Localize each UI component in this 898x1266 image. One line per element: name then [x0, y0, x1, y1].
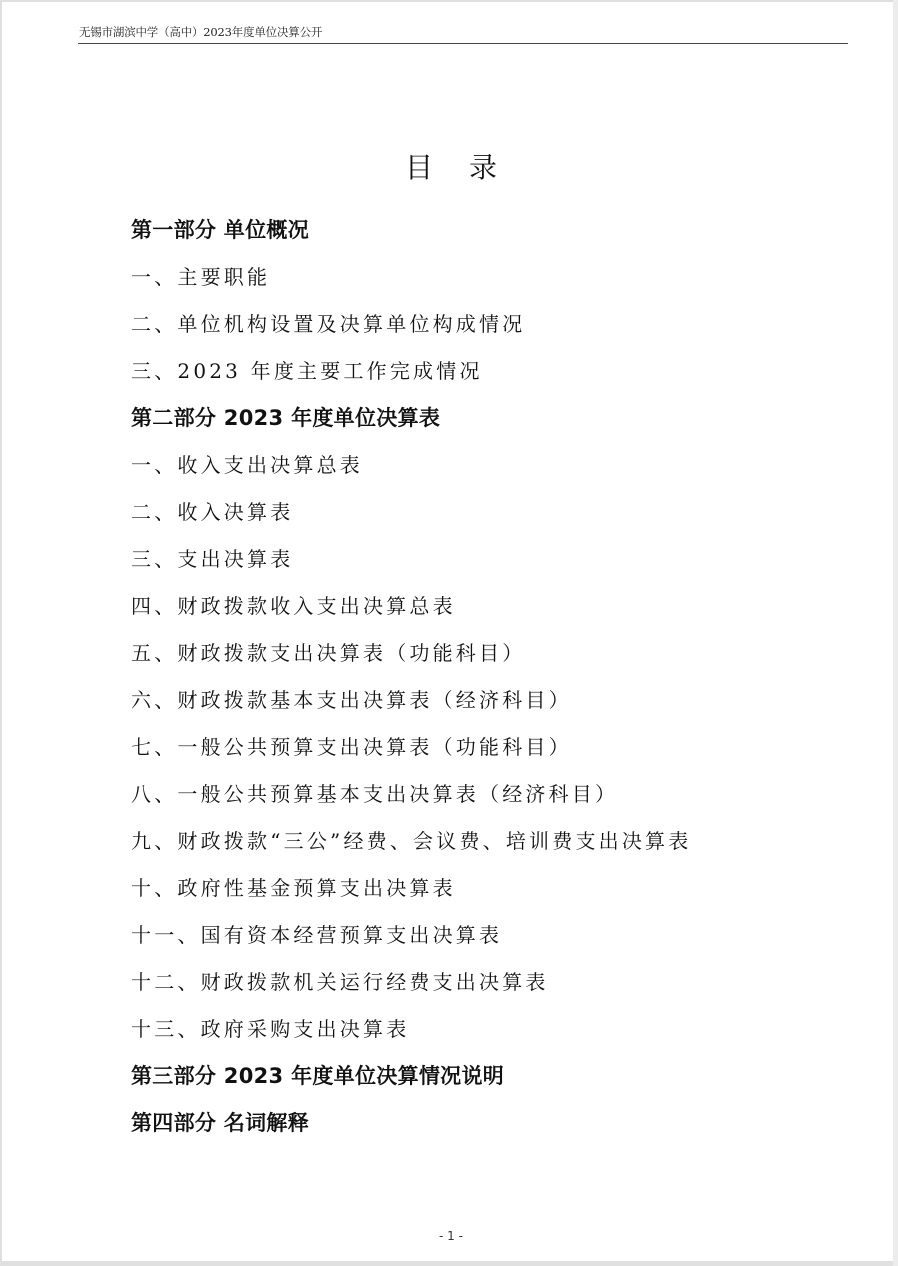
- toc-item[interactable]: 十一、国有资本经营预算支出决算表: [131, 917, 691, 964]
- document-page: 无锡市湖滨中学（高中）2023年度单位决算公开 目录 第一部分 单位概况 一、主…: [2, 2, 893, 1261]
- toc-part-4[interactable]: 第四部分 名词解释: [131, 1105, 691, 1152]
- toc-item[interactable]: 六、财政拨款基本支出决算表（经济科目）: [131, 682, 691, 729]
- table-of-contents: 第一部分 单位概况 一、主要职能 二、单位机构设置及决算单位构成情况 三、202…: [131, 212, 691, 1152]
- toc-item[interactable]: 三、2023 年度主要工作完成情况: [131, 353, 691, 400]
- toc-item[interactable]: 二、单位机构设置及决算单位构成情况: [131, 306, 691, 353]
- toc-item[interactable]: 十、政府性基金预算支出决算表: [131, 870, 691, 917]
- page-number: - 1 -: [2, 1229, 898, 1243]
- page-edge-shadow: [893, 0, 898, 1266]
- toc-item[interactable]: 四、财政拨款收入支出决算总表: [131, 588, 691, 635]
- toc-item[interactable]: 七、一般公共预算支出决算表（功能科目）: [131, 729, 691, 776]
- toc-item[interactable]: 十三、政府采购支出决算表: [131, 1011, 691, 1058]
- header-divider: [78, 43, 848, 44]
- toc-part-2[interactable]: 第二部分 2023 年度单位决算表: [131, 400, 691, 447]
- toc-item[interactable]: 八、一般公共预算基本支出决算表（经济科目）: [131, 776, 691, 823]
- toc-item[interactable]: 一、收入支出决算总表: [131, 447, 691, 494]
- running-header: 无锡市湖滨中学（高中）2023年度单位决算公开: [79, 24, 322, 40]
- toc-item[interactable]: 一、主要职能: [131, 259, 691, 306]
- toc-item[interactable]: 二、收入决算表: [131, 494, 691, 541]
- toc-part-3[interactable]: 第三部分 2023 年度单位决算情况说明: [131, 1058, 691, 1105]
- toc-title: 目录: [2, 146, 898, 186]
- toc-item[interactable]: 五、财政拨款支出决算表（功能科目）: [131, 635, 691, 682]
- toc-item[interactable]: 三、支出决算表: [131, 541, 691, 588]
- toc-item[interactable]: 十二、财政拨款机关运行经费支出决算表: [131, 964, 691, 1011]
- toc-part-1[interactable]: 第一部分 单位概况: [131, 212, 691, 259]
- toc-item[interactable]: 九、财政拨款“三公”经费、会议费、培训费支出决算表: [131, 823, 691, 870]
